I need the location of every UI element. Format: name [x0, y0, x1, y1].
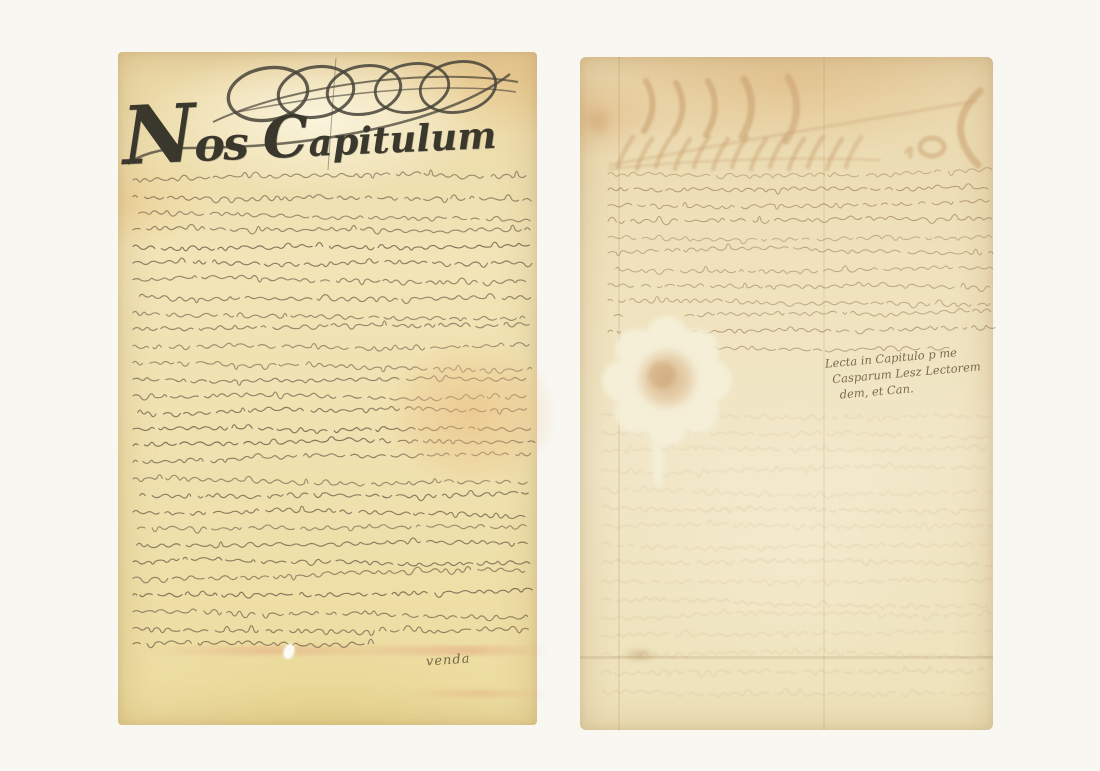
manuscript-page-left: NosCapitulum venda [118, 52, 537, 725]
paper-seal [600, 315, 740, 495]
catchword: venda [426, 651, 471, 669]
seal-wax-stain-core [648, 361, 676, 389]
document-scan: NosCapitulum venda [0, 0, 1100, 771]
manuscript-page-right: Lecta in Capitulo p me Casparum Lesz Lec… [580, 57, 993, 730]
handwritten-body-text [118, 52, 537, 725]
